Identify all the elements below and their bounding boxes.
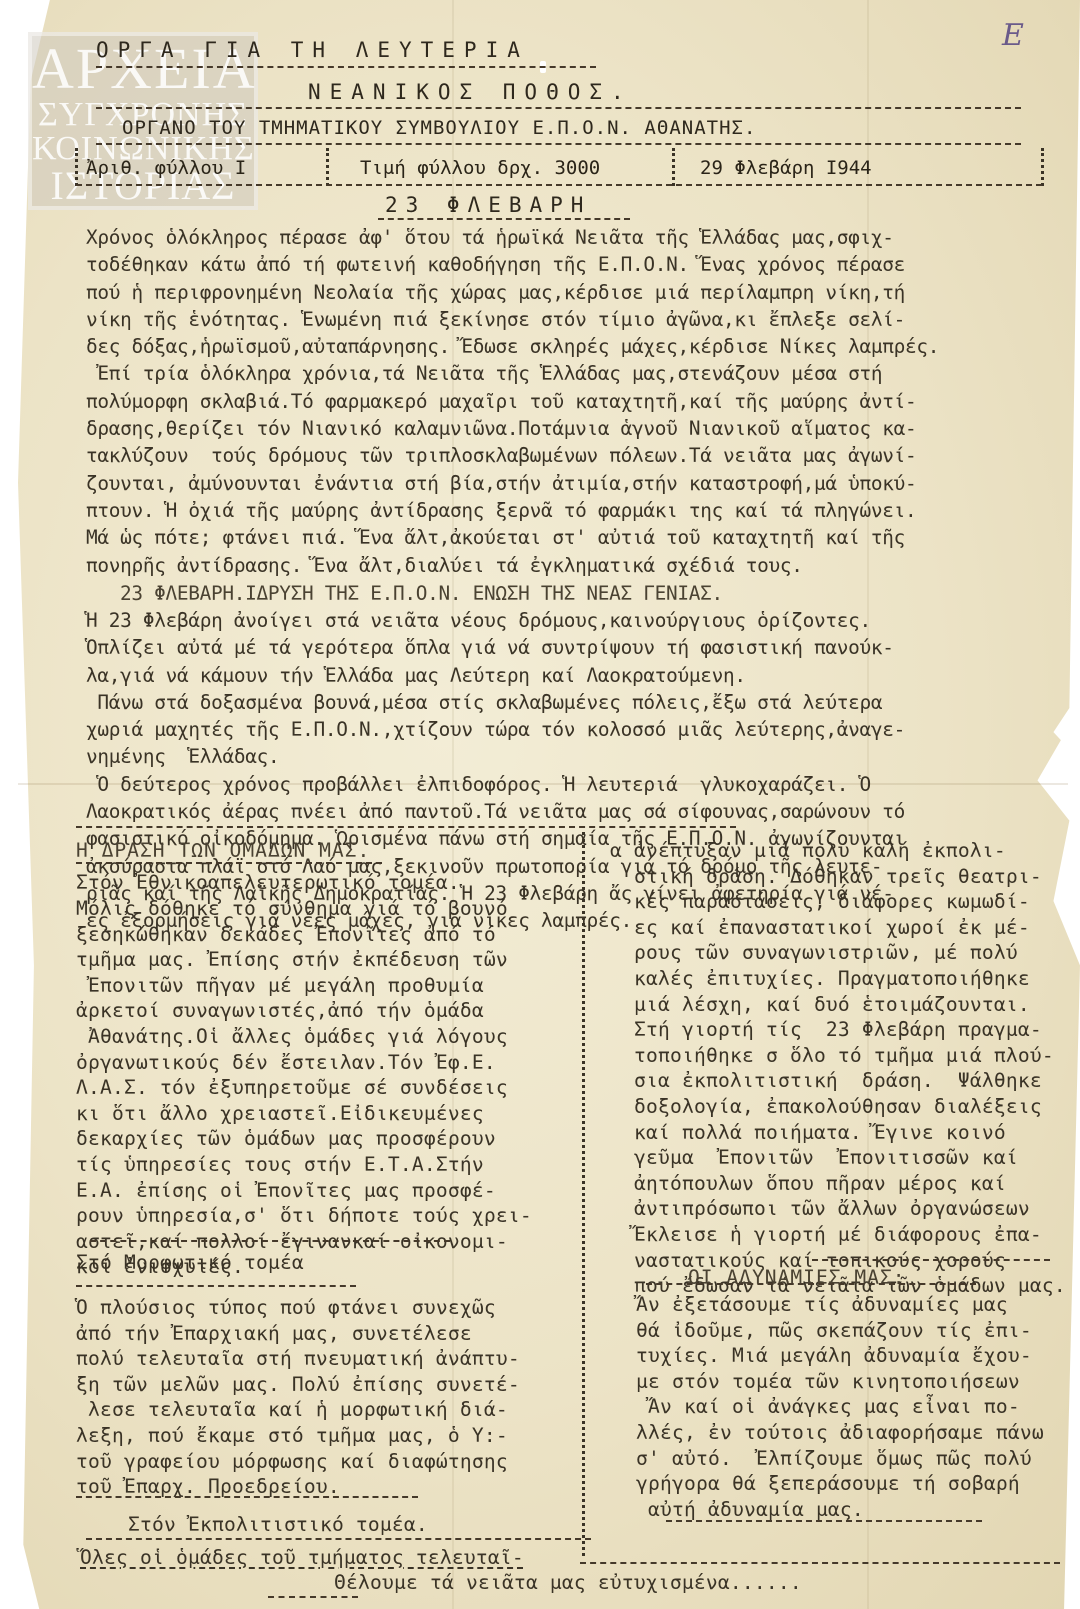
text-line: τακλύζουν τούς δρόμους τῶν τριπλοσκλαβωμ… — [86, 442, 939, 469]
text-line: λεξη, πού ἔκαμε στό τμῆμα μας, ὁ Υ:- — [76, 1423, 520, 1449]
text-line: ἀπό τήν Ἐπαρχιακή μας, συνετέλεσε — [76, 1321, 520, 1347]
text-line: χωριά μαχητές τῆς Ε.Π.Ο.Ν.,χτίζουν τώρα … — [86, 716, 905, 743]
text-line: σ' αὐτό. Ἐλπίζουμε ὅμως πῶς πολύ — [612, 1446, 1044, 1472]
text-line: Χρόνος ὁλόκληρος πέρασε ἀφ' ὅτου τά ἡρωϊ… — [86, 224, 939, 251]
column-heading: Η ΔΡΑΣΗ ΤΩΝ ΟΜΑΔΩΝ ΜΑΣ. — [76, 838, 370, 864]
text-line: Λαοκρατικός ἀέρας πνέει ἀπό παντοῦ.Τά νε… — [86, 798, 905, 825]
newspaper-title: ΝΕΑΝΙΚΟΣ ΠΟΘΟΣ. — [308, 80, 633, 104]
text-line: πτουν. Ἡ ὀχιά τῆς μαύρης ἀντίδρασης ξερν… — [86, 497, 939, 524]
text-line: πολύμορφη σκλαβιά.Τό φαρμακερό μαχαῖρι τ… — [86, 388, 939, 415]
divider — [96, 143, 1021, 145]
cultural-sector-continuation: α ἀνέπτυξαν μιά πολύ καλή ἐκπολι- στική … — [610, 838, 1066, 1299]
masthead-motto: ΟΡΓΑ ΓΙΑ ΤΗ ΛΕΥΤΕΡΙΑ — [96, 38, 529, 62]
subsection-heading: Στόν Ἐθνικοαπελευτερωτικό τομέα. — [76, 870, 460, 896]
text-line: Ἔκλεισε ἡ γιορτή μέ διάφορους ἐπα- — [610, 1222, 1066, 1248]
text-line: δες δόξας,ἡρωϊσμοῦ,αὐταπάρνησης. Ἔδωσε σ… — [86, 333, 939, 360]
text-line: τμῆμα μας. Ἐπίσης στήν ἐκπέδευση τῶν — [76, 947, 532, 973]
text-line: Ἄν καί οἱ ἀνάγκες μας εἶναι πο- — [612, 1394, 1044, 1420]
text-line: καλές ἐπιτυχίες. Πραγματοποιήθηκε — [610, 966, 1066, 992]
text-line: μιά λέσχη, καί δυό ἑτοιμάζουνται. — [610, 992, 1066, 1018]
weaknesses-heading: ΟΙ ΑΔΥΝΑΜΙΕΣ ΜΑΣ: — [688, 1265, 906, 1291]
text-line: ες καί ἐπαναστατικοί χωροί ἐκ μέ- — [610, 915, 1066, 941]
text-line: Ἐπονιτῶν πῆγαν μέ μεγάλη προθυμία — [76, 973, 532, 999]
text-line: λεσε τελευταῖα καί ἡ μορφωτική διά- — [76, 1397, 520, 1423]
text-line: Ἐπί τρία ὁλόκληρα χρόνια,τά Νειᾶτα τῆς Ἑ… — [86, 360, 939, 387]
text-line: δρασης,θερίζει τόν Νιανικό καλαμνιῶνα.Πο… — [86, 415, 939, 442]
divider — [666, 1520, 982, 1522]
text-line: Ὁ πλούσιος τύπος πού φτάνει συνεχῶς — [76, 1295, 520, 1321]
divider — [76, 862, 382, 864]
text-line: κές παραστάσεις, διάφορες κωμωδί- — [610, 889, 1066, 915]
column-divider — [582, 832, 585, 1556]
text-line: λλές, ἐν τούτοις ἀδιαφορήσαμε πάνω — [612, 1420, 1044, 1446]
box-border — [75, 148, 78, 186]
national-sector-body: Μόλις δόθηκε τό σύνθημα γιά τό βουνόξεση… — [76, 896, 532, 1280]
text-line: ρους τῶν συναγωνιστριῶν, μέ πολύ — [610, 940, 1066, 966]
divider — [76, 1285, 356, 1287]
text-line: δεκαρχίες τῶν ὁμάδων μας προσφέρουν — [76, 1126, 532, 1152]
text-line: νημένης Ἑλλάδας. — [86, 743, 905, 770]
subsection-heading: Στόν Ἐκπολιτιστικό τομέα. — [128, 1512, 428, 1538]
lead-article-body: Χρόνος ὁλόκληρος πέρασε ἀφ' ὅτου τά ἡρωϊ… — [86, 224, 939, 579]
cultural-sector-body: Ὅλες οἱ ὁμάδες τοῦ τμήματος τελευταῖ- — [80, 1545, 524, 1571]
box-border — [1041, 148, 1044, 186]
text-line: Ἀθανάτης.Οἱ ἄλλες ὁμάδες γιά λόγους — [76, 1024, 532, 1050]
text-line: τυχίες. Μιά μεγάλη ἀδυναμία ἔχου- — [612, 1343, 1044, 1369]
text-line: Ἡ 23 Φλεβάρη ἀνοίγει στά νειᾶτα νέους δρ… — [86, 607, 905, 634]
text-line: καί πολλά ποιήματα. Ἔγινε κοινό — [610, 1120, 1066, 1146]
text-line: Στή γιορτή τίς 23 Φλεβάρη πραγμα- — [610, 1017, 1066, 1043]
text-line: νίκη τῆς ἑνότητας. Ἑνωμένη πιά ξεκίνησε … — [86, 306, 939, 333]
text-line: Ὁπλίζει αὐτά μέ τά γερότερα ὅπλα γιά νά … — [86, 634, 905, 661]
text-line: ἀντιπρόσωποι τῶν ἄλλων ὀργανώσεων — [610, 1196, 1066, 1222]
text-line: γρήγορα θά ξεπεράσουμε τή σοβαρή — [612, 1471, 1044, 1497]
divider — [812, 1259, 1050, 1261]
text-line: ζουνται, ἀμύνουνται ἐνάντια στή βία,στήν… — [86, 470, 939, 497]
text-line: σια ἐκπολιτιστική δράση. Ψάλθηκε — [610, 1068, 1066, 1094]
text-line: ξεσηκώθηκαν δεκάδες Ἐπονῖτες ἀπό τό — [76, 922, 532, 948]
text-line: ξη τῶν μελῶν μας. Πολύ ἐπίσης συνετέ- — [76, 1372, 520, 1398]
text-line: τοδέθηκαν κάτω ἀπό τή φωτεινή καθοδήγηση… — [86, 251, 939, 278]
text-line: αὐτή ἀδυναμία μας. — [612, 1497, 1044, 1523]
text-line: δοξολογία, ἐπακολούθησαν διαλέξεις — [610, 1094, 1066, 1120]
newspaper-subtitle: ΟΡΓΑΝΟ ΤΟΥ ΤΜΗΜΑΤΙΚΟΥ ΣΥΜΒΟΥΛΙΟΥ Ε.Π.Ο.Ν… — [122, 117, 756, 139]
text-line: τοποιήθηκε σ ὅλο τό τμῆμα μιά πλού- — [610, 1043, 1066, 1069]
weaknesses-body: Ἄν ἐξετάσουμε τίς ἀδυναμίες μας θά ἰδοῦμ… — [612, 1292, 1044, 1522]
divider — [90, 1240, 450, 1242]
text-line: ὀργανωτικούς δέν ἔστειλαν.Τόν Ἐφ.Ε. — [76, 1050, 532, 1076]
divider — [76, 184, 1042, 186]
text-line: ρουν ὑπηρεσία,σ' ὅτι δήποτε τούς χρει- — [76, 1203, 532, 1229]
text-line: Μά ὡς πότε; φτάνει πιά. Ἕνα ἄλτ,ἀκούεται… — [86, 524, 939, 551]
issue-price: Τιμή φύλλου δρχ. 3000 — [360, 157, 600, 179]
text-line: α ἀνέπτυξαν μιά πολύ καλή ἐκπολι- — [610, 838, 1066, 864]
text-line: πονηρῆς ἀντίδρασης. Ἕνα ἄλτ,διαλύει τά ἐ… — [86, 552, 939, 579]
text-line: λα,γιά νά κάμουν τήν Ἑλλάδα μας Λεύτερη … — [86, 662, 905, 689]
text-line: κι ὅτι ἄλλο χρειαστεῖ.Εἰδικευμένες — [76, 1101, 532, 1127]
text-line: Λ.Α.Σ. τόν ἐξυπηρετοῦμε σέ συνδέσεις — [76, 1075, 532, 1101]
text-line: πολύ τελευταῖα στή πνευματική ἀνάπτυ- — [76, 1346, 520, 1372]
divider — [580, 1562, 1060, 1564]
box-border — [326, 148, 329, 186]
text-line: Ἄν ἐξετάσουμε τίς ἀδυναμίες μας — [612, 1292, 1044, 1318]
text-line: με στόν τομέα τῶν κινητοποιήσεων — [612, 1369, 1044, 1395]
issue-date: 29 Φλεβάρη Ι944 — [700, 157, 872, 179]
divider — [96, 107, 1021, 109]
lead-article-heading: 23 ΦΛΕΒΑΡΗ — [385, 193, 591, 217]
box-border — [672, 148, 675, 186]
divider — [646, 1283, 976, 1285]
divider — [96, 66, 596, 68]
divider — [378, 218, 630, 220]
closing-line: Θέλουμε τά νειᾶτα μας εὐτυχισμένα...... — [334, 1570, 802, 1596]
text-line: Πάνω στά δοξασμένα βουνά,μέσα στίς σκλαβ… — [86, 689, 905, 716]
text-line: τοῦ γραφείου μόρφωσης καί διαφώτησης — [76, 1449, 520, 1475]
section-heading: 23 ΦΛΕΒΑΡΗ.ΙΔΡΥΣΗ ΤΗΣ Ε.Π.Ο.Ν. ΕΝΩΣΗ ΤΗΣ… — [120, 580, 723, 607]
text-line: θά ἰδοῦμε, πῶς σκεπάζουν τίς ἐπι- — [612, 1318, 1044, 1344]
text-line: πού ἡ περιφρονημένη Νεολαία τῆς χώρας μα… — [86, 279, 939, 306]
text-line: Ε.Α. ἐπίσης οἱ Ἐπονῖτες μας προσφέ- — [76, 1178, 532, 1204]
divider — [76, 1496, 418, 1498]
text-line: Μόλις δόθηκε τό σύνθημα γιά τό βουνό — [76, 896, 532, 922]
text-line: γεῦμα Ἐπονιτῶν Ἐπονιτισσῶν καί — [610, 1145, 1066, 1171]
text-line: στική δράση. Δόθηκαν τρεῖς θεατρι- — [610, 864, 1066, 890]
divider — [76, 826, 736, 828]
issue-number: Ἀριθ. φύλλου Ι — [86, 157, 246, 179]
education-sector-body: Ὁ πλούσιος τύπος πού φτάνει συνεχῶςἀπό τ… — [76, 1295, 520, 1500]
text-line: Ὁ δεύτερος χρόνος προβάλλει ἐλπιδοφόρος.… — [86, 771, 905, 798]
text-line: τίς ὑπηρεσίες τους στήν Ε.Τ.Α.Στήν — [76, 1152, 532, 1178]
text-line: ἀρκετοί συναγωνιστές,ἀπό τήν ὁμάδα — [76, 998, 532, 1024]
divider — [268, 1596, 358, 1598]
subsection-heading: Στό Μορφωτικό τομέα — [76, 1250, 304, 1276]
text-line: ἀητόπουλων ὅπου πῆραν μέρος καί — [610, 1171, 1066, 1197]
handwritten-mark: Ε — [1002, 18, 1024, 53]
divider — [86, 1538, 591, 1540]
